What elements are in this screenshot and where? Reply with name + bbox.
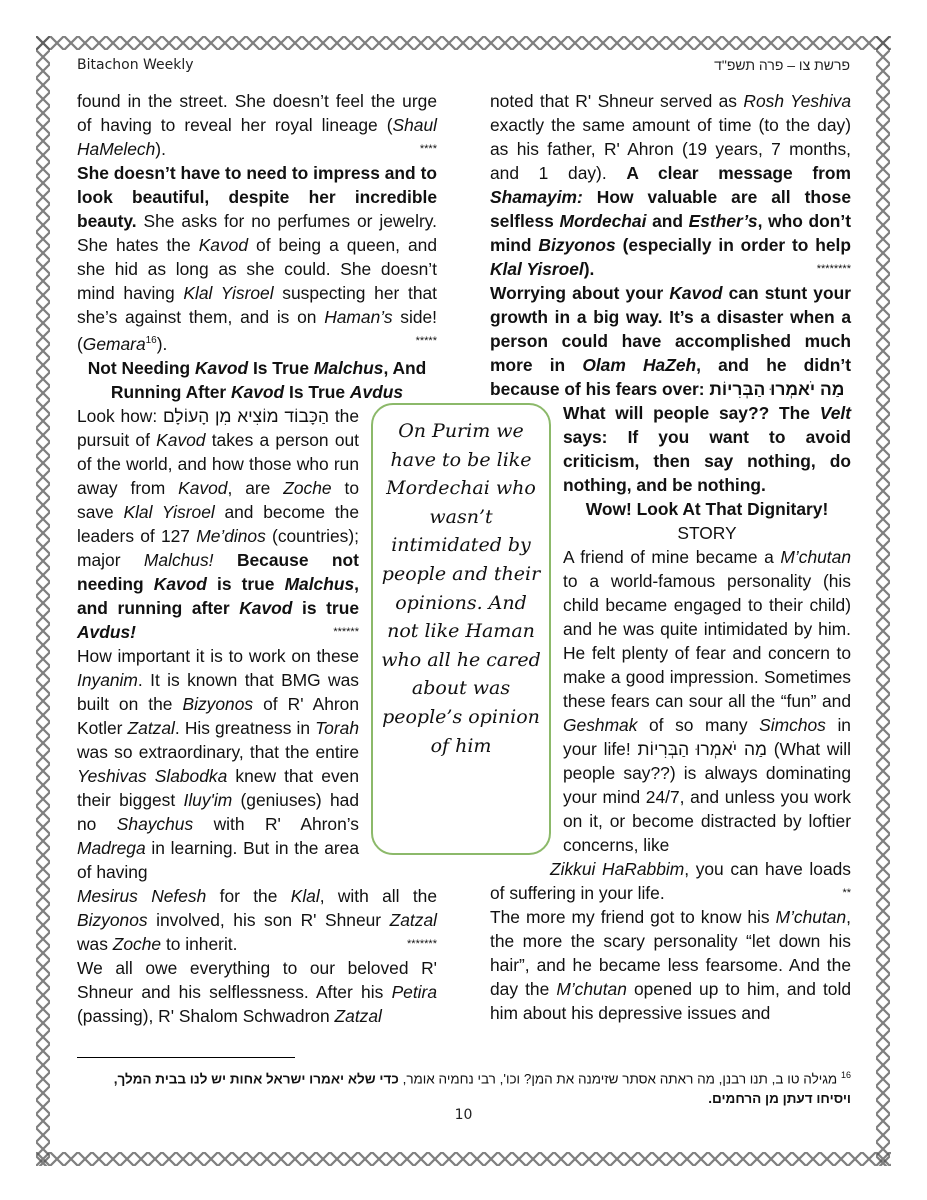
decorative-border-left: [36, 36, 50, 1166]
section-separator: *****: [416, 329, 437, 353]
pull-quote-box: On Purim we have to be like Mordechai wh…: [371, 403, 551, 855]
section-separator: **: [842, 881, 851, 905]
wrapped-text-block: What will people say?? The Velt says: If…: [563, 401, 851, 857]
paragraph: Look how: הַכָּבוֹד מוֹצִיא מִן הָעוֹלָם…: [77, 404, 359, 644]
paragraph: She doesn’t have to need to impress and …: [77, 161, 437, 356]
paragraph: A friend of mine became a M’chutan to a …: [563, 545, 851, 857]
paragraph: found in the street. She doesn’t feel th…: [77, 89, 437, 161]
section-separator: ****: [420, 137, 437, 161]
section-separator: ********: [817, 257, 851, 281]
paragraph: The more my friend got to know his M’chu…: [490, 905, 851, 1025]
hebrew-quote: מַה יֹאמְרוּ הַבְּרִיוֹת: [637, 739, 766, 759]
section-separator: *******: [407, 932, 437, 956]
paragraph: Mesirus Nefesh for the Klal, with all th…: [77, 884, 437, 956]
paragraph: We all owe everything to our beloved R' …: [77, 956, 437, 1028]
footnote-text: מגילה טו ב, תנו רבנן, מה ראתה אסתר שזימנ…: [399, 1072, 837, 1087]
footnote-reference[interactable]: 16: [146, 335, 157, 346]
wrapped-text-block: Look how: הַכָּבוֹד מוֹצִיא מִן הָעוֹלָם…: [77, 404, 359, 884]
footnote-number: 16: [841, 1070, 851, 1080]
paragraph: Zikkui HaRabbim, you can have loads of s…: [490, 857, 851, 905]
hebrew-quote: מַה יֹאמְרוּ הַבְּרִיוֹת: [709, 379, 844, 399]
story-label: STORY: [563, 521, 851, 545]
section-separator: ******: [333, 620, 359, 644]
paragraph: noted that R' Shneur served as Rosh Yesh…: [490, 89, 851, 281]
decorative-border-top: [36, 36, 891, 50]
decorative-border-bottom: [36, 1152, 891, 1166]
publication-title: Bitachon Weekly: [77, 57, 194, 73]
pull-quote-text: On Purim we have to be like Mordechai wh…: [381, 420, 540, 757]
parsha-title: פרשת צו – פרה תשפ"ד: [714, 57, 850, 73]
paragraph: How important it is to work on these Iny…: [77, 644, 359, 884]
paragraph: What will people say?? The Velt says: If…: [563, 401, 851, 497]
page-number: 10: [0, 1107, 927, 1123]
footnote: 16 מגילה טו ב, תנו רבנן, מה ראתה אסתר שז…: [77, 1066, 851, 1108]
section-heading: Wow! Look At That Dignitary!: [563, 497, 851, 521]
footnote-divider: [77, 1057, 295, 1058]
decorative-border-right: [876, 36, 890, 1166]
hebrew-quote: הַכָּבוֹד מוֹצִיא מִן הָעוֹלָם: [163, 406, 329, 426]
section-heading: Not Needing Kavod Is True Malchus, And R…: [77, 356, 437, 404]
paragraph: Worrying about your Kavod can stunt your…: [490, 281, 851, 401]
